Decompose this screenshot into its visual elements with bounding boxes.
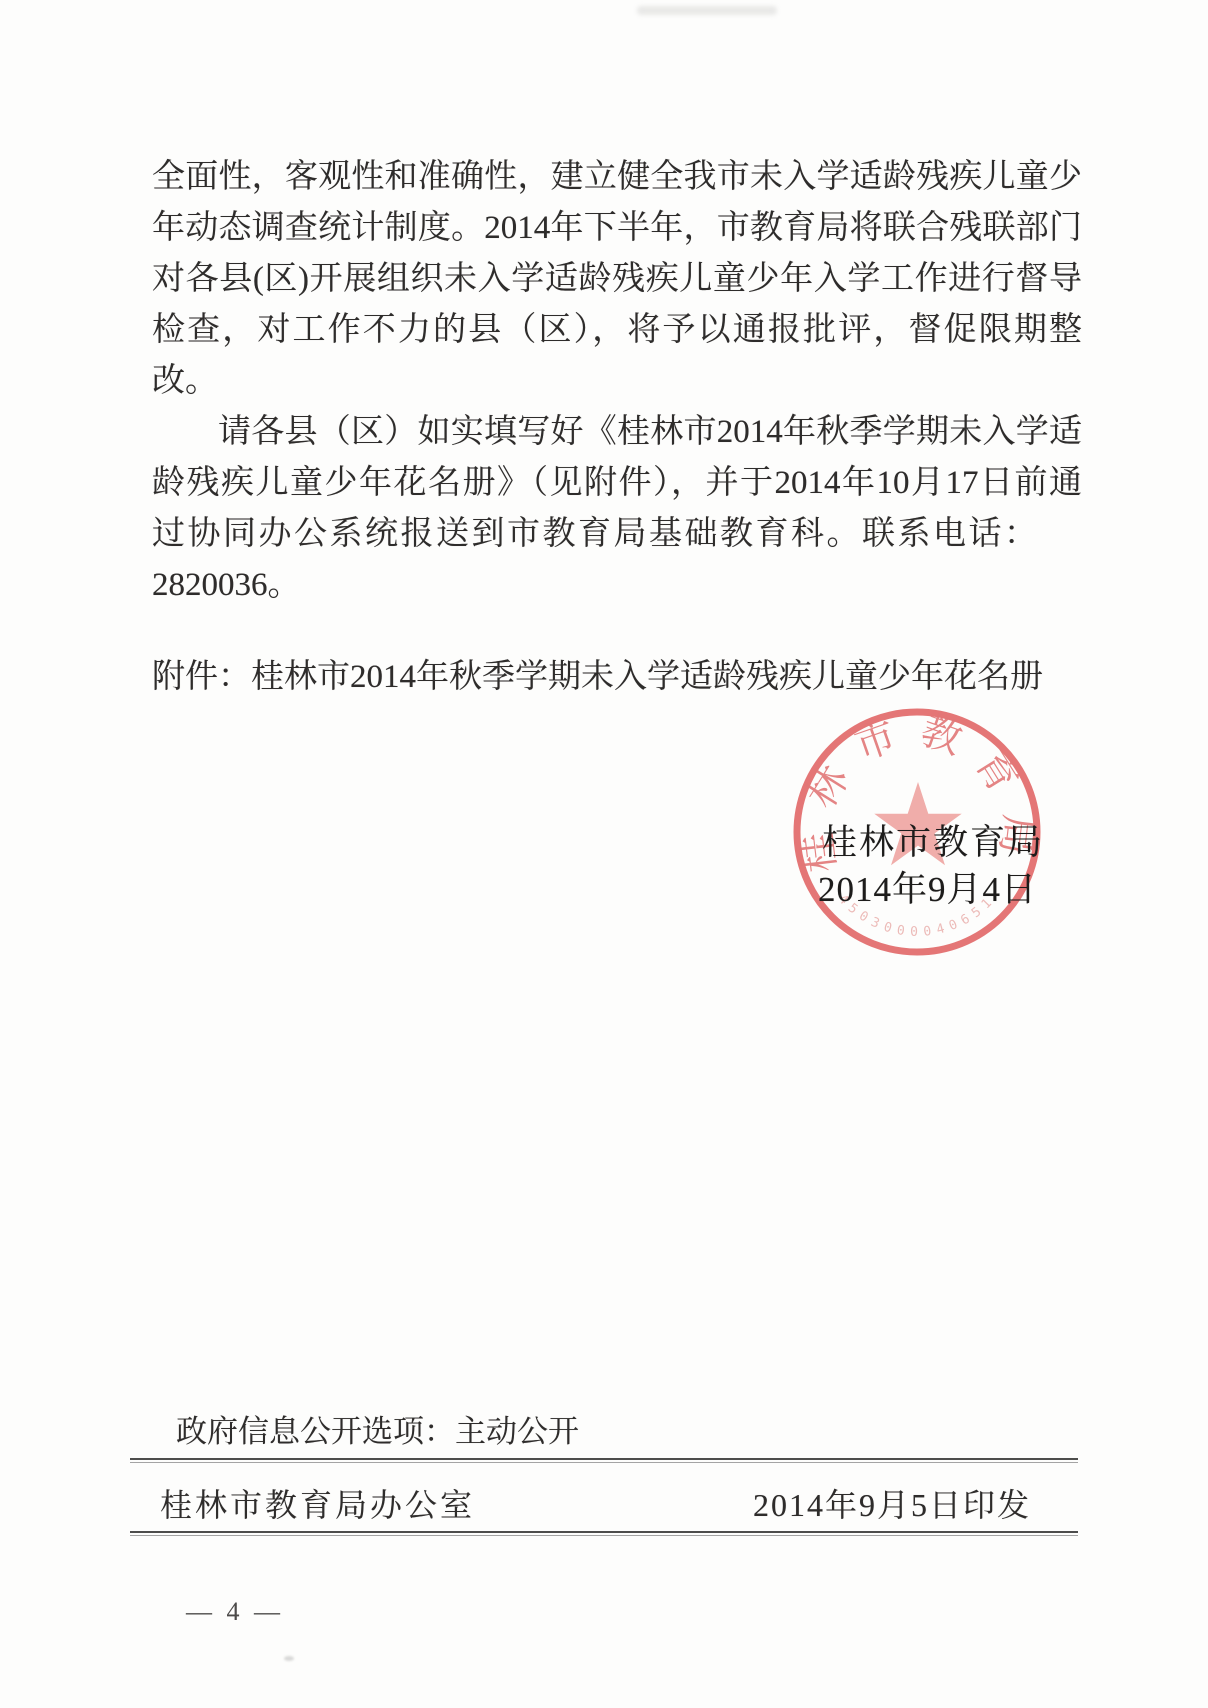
scan-speck: [284, 1656, 294, 1661]
body-line: 龄残疾儿童少年花名册》（见附件），并于2014年10月17日前通: [152, 458, 1082, 509]
signature-date: 2014年9月4日: [818, 862, 1037, 912]
body-line: 改。: [152, 356, 1082, 407]
body-line: 年动态调查统计制度。2014年下半年，市教育局将联合残联部门: [152, 203, 1082, 254]
footer-rule-top: [130, 1458, 1078, 1463]
scan-smudge: [637, 6, 777, 15]
body-line: 检查，对工作不力的县（区），将予以通报批评，督促限期整: [152, 305, 1082, 356]
body-line: 过协同办公系统报送到市教育局基础教育科。联系电话：: [152, 509, 1082, 560]
body-line: 对各县(区)开展组织未入学适龄残疾儿童少年入学工作进行督导: [152, 254, 1082, 305]
document-page: 全面性，客观性和准确性，建立健全我市未入学适龄残疾儿童少 年动态调查统计制度。2…: [0, 0, 1208, 1708]
body-text: 全面性，客观性和准确性，建立健全我市未入学适龄残疾儿童少 年动态调查统计制度。2…: [152, 152, 1082, 611]
issuing-office: 桂林市教育局办公室: [160, 1480, 475, 1526]
disclosure-option-line: 政府信息公开选项：主动公开: [176, 1406, 579, 1451]
footer-rule-bottom: [130, 1531, 1078, 1536]
body-line: 请各县（区）如实填写好《桂林市2014年秋季学期未入学适: [152, 407, 1082, 458]
page-number: — 4 —: [186, 1597, 284, 1627]
print-date: 2014年9月5日印发: [753, 1480, 1031, 1526]
signature-issuer: 桂林市教育局: [822, 815, 1044, 865]
attachment-line: 附件：桂林市2014年秋季学期未入学适龄残疾儿童少年花名册: [152, 654, 1112, 700]
body-line: 2820036。: [152, 560, 1082, 611]
body-line: 全面性，客观性和准确性，建立健全我市未入学适龄残疾儿童少: [152, 152, 1082, 203]
